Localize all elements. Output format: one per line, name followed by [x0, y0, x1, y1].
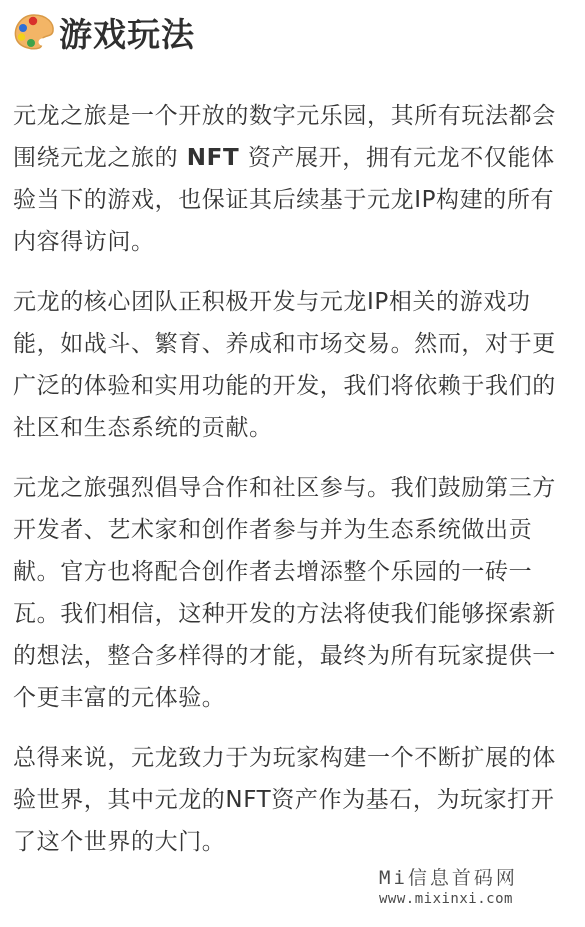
- text-run: 元龙之旅是一个开放的数字元乐园，其所有玩法都: [13, 103, 532, 129]
- paragraph-intro: 元龙之旅是一个开放的数字元乐园，其所有玩法都会围绕元龙之旅的 NFT 资产展开，…: [13, 95, 573, 263]
- nft-bold-text: NFT: [178, 145, 248, 171]
- watermark: Mi信息首码网 www.mixinxi.com: [379, 866, 518, 908]
- watermark-url: www.mixinxi.com: [379, 890, 518, 908]
- paragraph-community: 元龙之旅强烈倡导合作和社区参与。我们鼓励第三方开发者、艺术家和创作者参与并为生态…: [13, 467, 573, 719]
- watermark-name: Mi信息首码网: [379, 866, 518, 890]
- paragraph-core-team: 元龙的核心团队正积极开发与元龙IP相关的游戏功能，如战斗、繁育、养成和市场交易。…: [13, 281, 573, 449]
- artist-palette-icon: [13, 13, 55, 51]
- text-run: 资产展开，拥有元龙不仅能: [248, 145, 531, 171]
- section-title: 游戏玩法: [59, 9, 195, 56]
- section-header: 游戏玩法: [13, 10, 195, 54]
- article-body: 元龙之旅是一个开放的数字元乐园，其所有玩法都会围绕元龙之旅的 NFT 资产展开，…: [13, 95, 573, 881]
- paragraph-summary: 总得来说，元龙致力于为玩家构建一个不断扩展的体验世界，其中元龙的NFT资产作为基…: [13, 737, 573, 863]
